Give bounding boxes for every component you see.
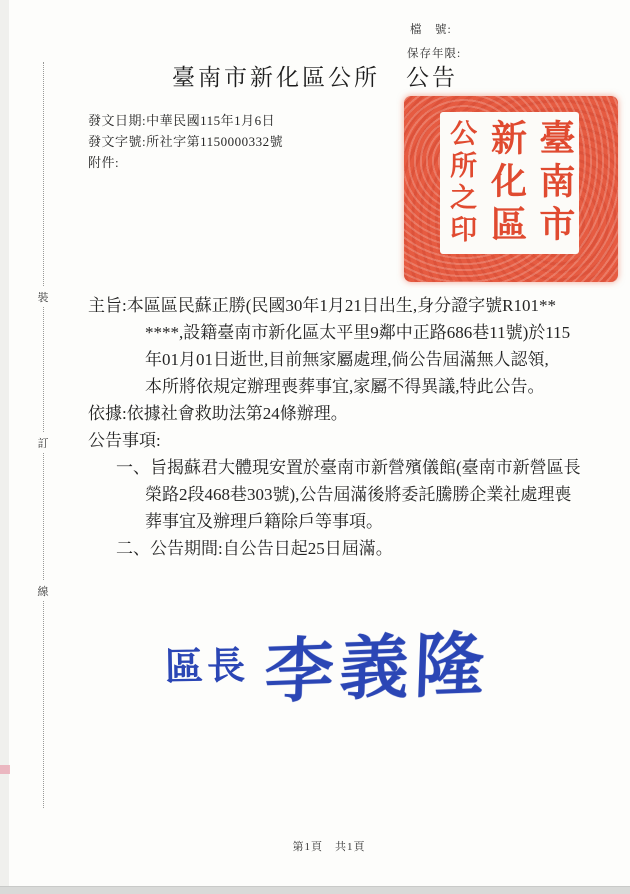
binding-mark-zhuang: 裝 <box>35 287 51 307</box>
scan-bottom-edge <box>0 886 630 894</box>
official-seal-stamp: 臺南市 新化區 公所之印 <box>404 96 618 282</box>
matter-1-line-2: 榮路2段468巷303號),公告屆滿後將委託騰勝企業社處理喪 <box>88 481 574 508</box>
document-meta: 發文日期:中華民國115年1月6日 發文字號:所社字第1150000332號 附… <box>88 110 283 173</box>
seal-column-1: 臺南市 <box>535 119 575 248</box>
announcement-body: 主旨:本區區民蘇正勝(民國30年1月21日出生,身分證字號R101** ****… <box>88 292 574 562</box>
binding-mark-xian: 線 <box>35 581 51 601</box>
chief-title: 區長 <box>165 634 250 690</box>
matters-heading: 公告事項: <box>88 427 574 454</box>
chief-name-signature: 李義隆 <box>263 608 491 715</box>
subject-line-2: ****,設籍臺南市新化區太平里9鄰中正路686巷11號)於115 <box>88 319 574 346</box>
page-number: 第1頁 共1頁 <box>0 838 630 854</box>
subject-line-3: 年01月01日逝世,目前無家屬處理,倘公告屆滿無人認領, <box>88 346 574 373</box>
subject-line-1: 主旨:本區區民蘇正勝(民國30年1月21日出生,身分證字號R101** <box>88 292 574 319</box>
seal-column-2: 新化區 <box>486 119 526 248</box>
attachment-line: 附件: <box>88 152 283 173</box>
seal-column-3: 公所之印 <box>444 119 478 247</box>
scan-pink-mark <box>0 765 10 774</box>
issue-date-line: 發文日期:中華民國115年1月6日 <box>88 110 283 131</box>
doc-number-line: 發文字號:所社字第1150000332號 <box>88 131 283 152</box>
legal-basis-line: 依據:依據社會救助法第24條辦理。 <box>88 400 574 427</box>
matter-2-line: 二、公告期間:自公告日起25日屆滿。 <box>88 535 574 562</box>
scan-left-edge <box>0 0 9 894</box>
matter-1-line-1: 一、旨揭蘇君大體現安置於臺南市新營殯儀館(臺南市新營區長 <box>88 454 574 481</box>
official-seal-text: 臺南市 新化區 公所之印 <box>440 112 579 254</box>
file-number-label: 檔 號: <box>410 21 452 37</box>
matter-1-line-3: 葬事宜及辦理戶籍除戶等事項。 <box>88 508 574 535</box>
subject-line-4: 本所將依規定辦理喪葬事宜,家屬不得異議,特此公告。 <box>88 373 574 400</box>
chief-signature-stamp: 區長 李義隆 <box>165 606 525 718</box>
document-title: 臺南市新化區公所 公告 <box>0 59 630 92</box>
binding-mark-ding: 訂 <box>35 433 51 453</box>
